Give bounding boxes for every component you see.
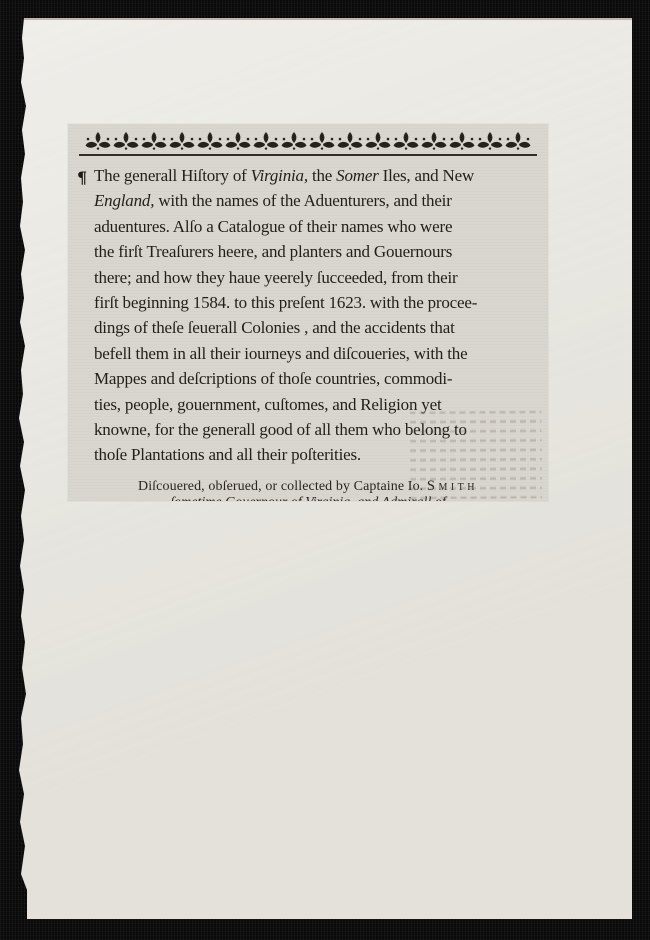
title-line: the firſt Treaſurers heere, and planters… xyxy=(94,239,540,264)
pilcrow-mark: ¶ xyxy=(77,165,87,190)
fleuron-ornament-band xyxy=(79,131,537,156)
title-line: England, with the names of the Aduenture… xyxy=(94,188,540,213)
title-line: dings of theſe ſeuerall Colonies , and t… xyxy=(94,315,540,340)
title-line: aduentures. Alſo a Catalogue of their na… xyxy=(94,214,540,239)
title-line: firſt beginning 1584. to this preſent 16… xyxy=(94,290,540,315)
showthrough-ghost-text xyxy=(410,411,543,500)
fleuron-ornament-icon xyxy=(84,131,532,152)
colophon-line-1-text: Diſcouered, obſerued, or collected by Ca… xyxy=(138,479,427,494)
book-page: ¶The generall Hiſtory of Virginia, the S… xyxy=(18,18,632,921)
printed-title-block: ¶The generall Hiſtory of Virginia, the S… xyxy=(68,124,548,501)
title-line: befell them in all their iourneys and di… xyxy=(94,341,540,366)
title-line: there; and how they haue yeerely ſucceed… xyxy=(94,265,540,290)
title-line: Mappes and deſcriptions of thoſe countri… xyxy=(94,366,540,391)
title-line: ¶The generall Hiſtory of Virginia, the S… xyxy=(94,163,540,188)
